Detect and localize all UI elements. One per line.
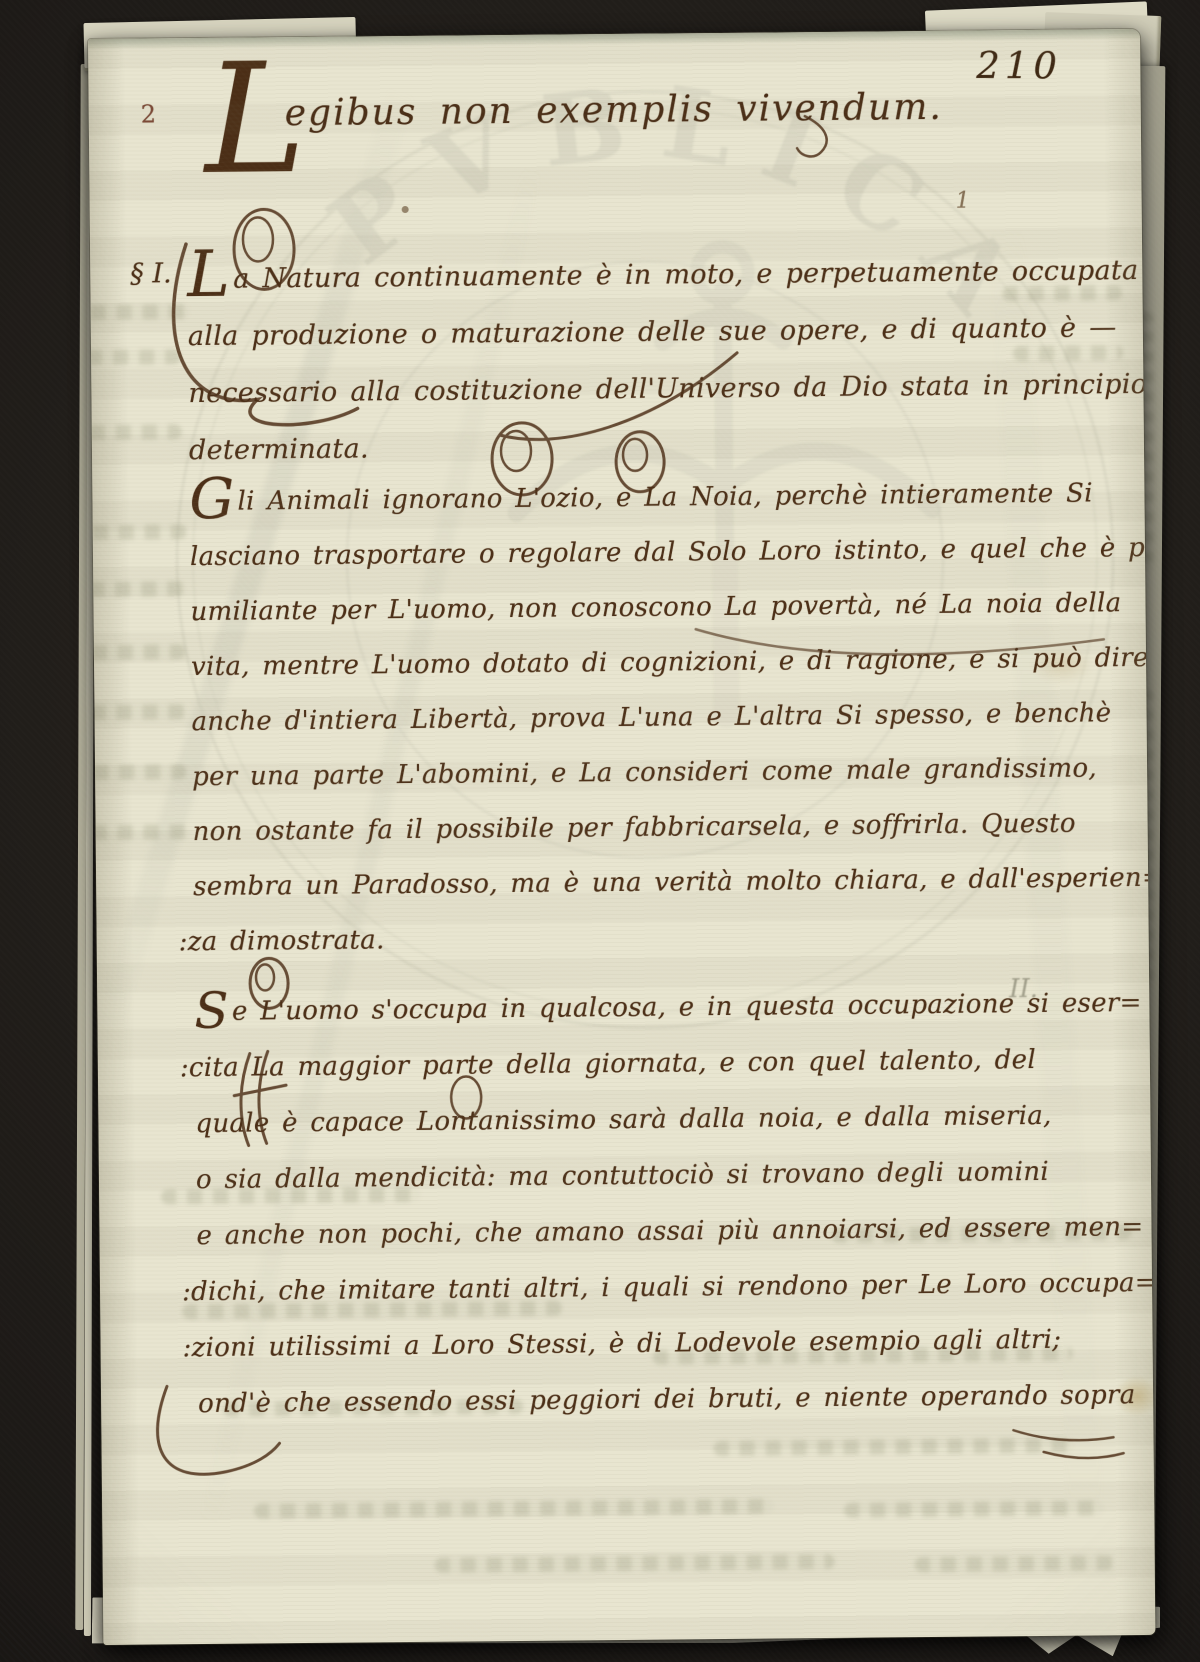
manuscript-line: lasciano trasportare o regolare dal Solo… — [190, 533, 1156, 597]
manuscript-line: umiliante per L'uomo, non conoscono La p… — [190, 588, 1155, 652]
manuscript-line: quale è capace Lontanissimo sarà dalla n… — [195, 1100, 1155, 1165]
photograph-background: PVBLICA — [0, 0, 1200, 1662]
manuscript-line: :zioni utilissimi a Loro Stessi, è di Lo… — [182, 1324, 1155, 1389]
bleedthrough-smudge — [88, 424, 182, 440]
page-number: 210 — [976, 44, 1062, 87]
bleedthrough-smudge — [254, 1499, 774, 1519]
bleedthrough-smudge — [915, 1555, 1115, 1572]
manuscript-line: necessario alla costituzione dell'Univer… — [188, 369, 1147, 435]
manuscript-line: La Natura continuamente è in moto, e per… — [187, 255, 1146, 321]
manuscript-line: Gli Animali ignorano L'ozio, e La Noia, … — [189, 478, 1155, 542]
manuscript-line: sembra un Paradosso, ma è una verità mol… — [193, 863, 1155, 927]
bleedthrough-smudge — [88, 304, 190, 320]
bleedthrough-smudge — [88, 764, 187, 780]
manuscript-line: ond'è che essendo essi peggiori dei brut… — [198, 1380, 1155, 1445]
section-marker-1: § I. — [130, 258, 172, 289]
manuscript-line: e anche non pochi, che amano assai più a… — [196, 1212, 1155, 1277]
manuscript-line: o sia dalla mendicità: ma contuttociò si… — [196, 1156, 1156, 1221]
bleedthrough-smudge — [844, 1500, 1104, 1517]
manuscript-line: per una parte L'abomini, e La consideri … — [192, 753, 1155, 817]
paragraph-initial: S — [194, 982, 229, 1040]
bleedthrough-smudge — [88, 581, 185, 597]
paragraph-initial: G — [189, 467, 235, 532]
manuscript-line: :dichi, che imitare tanti altri, i quali… — [182, 1268, 1155, 1333]
margin-number: 2 — [141, 100, 157, 128]
bleedthrough-smudge — [435, 1554, 835, 1573]
manuscript-line: alla produzione o maturazione delle sue … — [188, 312, 1147, 378]
manuscript-line: Se L'uomo s'occupa in qualcosa, e in que… — [194, 988, 1154, 1053]
manuscript-line: :cita La maggior parte della giornata, e… — [180, 1044, 1155, 1109]
manuscript-line: anche d'intiera Libertà, prova L'una e L… — [191, 698, 1155, 762]
bleedthrough-smudge — [88, 824, 191, 840]
paragraph-3: Se L'uomo s'occupa in qualcosa, e in que… — [194, 988, 1155, 1445]
manuscript-line: :za dimostrata. — [179, 918, 1156, 983]
bleedthrough-smudge — [88, 704, 187, 720]
manuscript-line: non ostante fa il possibile per fabbrica… — [192, 808, 1155, 872]
manuscript-line: vita, mentre L'uomo dotato di cognizioni… — [191, 643, 1155, 707]
manuscript-page: PVBLICA — [88, 29, 1155, 1645]
bleedthrough-smudge — [88, 644, 186, 660]
paragraph-1: La Natura continuamente è in moto, e per… — [187, 255, 1148, 492]
page-title: egibus non exemplis vivendum. — [285, 87, 943, 134]
bleedthrough-smudge — [88, 349, 181, 365]
leaf-number: 1 — [956, 189, 970, 214]
bleedthrough-smudge — [88, 524, 187, 540]
paragraph-2: Gli Animali ignorano L'ozio, e La Noia, … — [189, 478, 1155, 982]
paragraph-initial: L — [187, 238, 231, 312]
bleedthrough-smudge — [714, 1438, 1074, 1456]
